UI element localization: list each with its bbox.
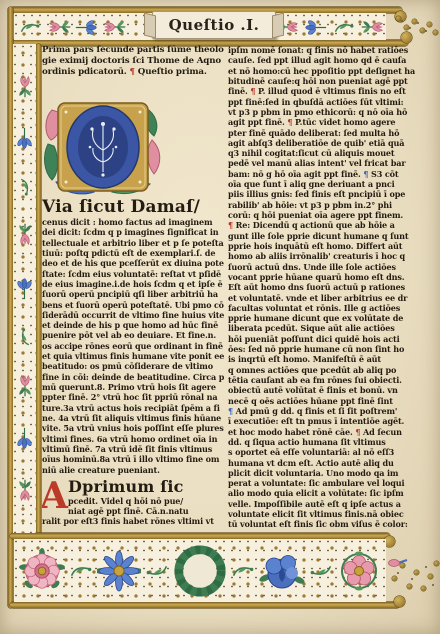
- text-line: tū voluntat eſt finis ſic obm viſus ē co…: [228, 519, 415, 529]
- pink-tulip-icon: [102, 18, 126, 36]
- text-line: cauſe. ſed ppt illud agit homo qd ē cauſ…: [228, 55, 415, 65]
- text-line: vltimū finē. 7a vtrū idē ſit finis vltim…: [42, 444, 224, 454]
- ad-primum-large-line: Dprimum ſic: [42, 478, 224, 496]
- text-line: plicit dicit voluntaria. Uno modo qa im: [228, 468, 415, 478]
- text-line: pcedit. Videl q hōi nō pue/: [42, 496, 224, 506]
- text-line: hōi pueniāt poſſunt dici quidē hois acti: [228, 334, 415, 344]
- text-line: ſiderādū occurrit de vltimo fine huius v…: [42, 310, 222, 320]
- green-sprig-icon: [334, 20, 354, 35]
- text-line: dd. q ſiqua actio humana ſit vltimus: [228, 437, 415, 447]
- text-line: liberata pcedūt. Sique aūt alie actiōes: [228, 323, 415, 333]
- text-line: tētia cauſant ab ea fm rōnes ſui obiecti…: [228, 375, 415, 385]
- incipit-rubric: Prima pars ſecunde partis ſūme theologie…: [42, 45, 224, 78]
- red-pilcrow-icon: ¶: [130, 67, 135, 77]
- bottom-band-lower-bar: [10, 602, 400, 608]
- text-line: obiectū autē volūtat ē finis et bonū. vn: [228, 385, 415, 395]
- text-line: gie eximij doctoris ſci Thome de Aqno: [42, 56, 224, 67]
- left-body-text: cenus dicit : homo factus ad imaginemdei…: [42, 217, 224, 475]
- text-line: bam: nō g hō oīa agit ppt finē. ¶ S3 cōt: [228, 169, 415, 179]
- pink-tulip-icon: [361, 18, 385, 36]
- text-line: rabilib' ab hōie: vt p3 p pbm in.2° phi: [228, 200, 415, 210]
- text-line: bitudinē cauſe:q hōi non pueniat agē ppt: [228, 76, 415, 86]
- pink-tulip-icon: [16, 223, 34, 247]
- banner-text: Queſtio .I.: [169, 16, 260, 34]
- blue-peony-icon: [259, 548, 305, 594]
- green-sprig-icon: [18, 328, 32, 346]
- text-line: s oportet eā eſſe voluntariā: al nō eſſ3: [228, 447, 415, 457]
- left-band-inner-bar: [36, 44, 41, 534]
- ad-primum-indent-lines: pcedit. Videl q hōi nō pue/niat agē ppt …: [42, 496, 224, 517]
- blue-trefoil-icon: [75, 19, 98, 36]
- text-line: finē. ¶ P. illud quod ē vltimus finis no…: [228, 86, 415, 96]
- right-column: ipſm nomē ſonat: q finis nō habet ratiōe…: [228, 45, 415, 531]
- text-line: oīa que ſunt ī aliq gne deriuant a pnci: [228, 179, 415, 189]
- rose-flower-icon: [19, 548, 65, 594]
- blue-pilcrow-icon: ¶: [228, 406, 233, 416]
- text-line: tellectuale et arbitrio liber et p ſe po…: [42, 238, 224, 248]
- text-line: humana vt dcm eſt. Actio autē aliq du: [228, 458, 415, 468]
- text-line: Eſt aūt homo dns ſuorū actuū p rationes: [228, 282, 415, 292]
- text-line: deo et de his que pceſſerūt ex diuina po…: [42, 258, 223, 268]
- manuscript-page: Queſtio .I.: [0, 0, 440, 634]
- text-line: ōes: ſed nō pprie humane cū non ſint ho: [228, 344, 415, 354]
- pink-tulip-icon: [16, 373, 34, 397]
- text-line: pedē vel manū alias intent' vel fricat b…: [228, 158, 415, 168]
- green-sprig-icon: [20, 20, 40, 35]
- top-band-lower-bar-end: [401, 32, 412, 43]
- green-sprig-icon: [232, 563, 254, 579]
- text-line: os accipe rōnes eorū que ordinant in fin…: [42, 341, 224, 351]
- text-line: mū querunt.8. Primo vtrū hois ſit agere: [42, 382, 224, 392]
- text-line: corū: q hōi pueniat oīa agere ppt finem.: [228, 210, 415, 220]
- blue-trefoil-icon: [16, 127, 33, 150]
- text-line: oīus hominū.8a vtrū ī illo vltimo fine o…: [42, 454, 224, 464]
- text-line: facultas voluntat et rōnis. Ille g actiō…: [228, 303, 415, 313]
- blue-trefoil-icon: [16, 277, 33, 300]
- red-initial-A: A: [42, 478, 68, 516]
- header-banner: Queſtio .I.: [152, 11, 276, 39]
- text-line: Prima pars ſecunde partis ſūme theolo: [42, 45, 223, 56]
- pink-tulip-icon: [16, 479, 34, 503]
- text-line: de eius imagine.i.de hois ſcdm q et ipſe…: [42, 279, 224, 289]
- pink-tulip-icon: [16, 74, 34, 98]
- top-border-band: Queſtio .I.: [14, 13, 386, 40]
- text-line: vite. 5a vtrū vnius hois poſſint eſſe pl…: [42, 423, 224, 433]
- text-line: et nō homo:cū hec ppoſitio ppt deſignet …: [228, 66, 414, 76]
- text-line: q omnes actiōes que pcedūt ab aliq po: [228, 365, 415, 375]
- top-band-right-ornaments: [279, 15, 382, 39]
- text-line: necē q oēs actiōes hūane ppt finē ſint: [228, 396, 415, 406]
- green-sprig-icon: [310, 563, 332, 579]
- text-line: vt p3 p pbm in pmo ethicorū: q nō oīa hō: [228, 107, 415, 117]
- text-line: et deinde de his p que homo ad hūc finē: [42, 320, 224, 330]
- red-pilcrow-icon: ¶: [228, 220, 233, 230]
- blue-daisy-icon: [97, 549, 141, 593]
- text-line: vltimi fines. 6a vtrū homo ordinet oīa i…: [42, 434, 224, 444]
- ad-primum-section: A Dprimum ſic pcedit. Videl q hōi nō pue…: [42, 478, 224, 527]
- text-line: beatitudo: os pmū cōſiderare de vltimo: [42, 361, 224, 371]
- text-line: velle. Impoſſibile autē eſt q ipſe actus…: [228, 499, 415, 509]
- text-line: niū alie creature pueniant.: [42, 465, 224, 475]
- text-line: ture.3a vtrū actus hois recipiāt ſpēm a …: [42, 403, 224, 413]
- text-line: et voluntatē. vnde et liber arbitrius ee…: [228, 293, 415, 303]
- top-band-left-ornaments: [20, 15, 123, 39]
- text-line: et quia vltimus finis humane vite ponit …: [42, 351, 223, 361]
- red-pilcrow-icon: ¶: [355, 427, 360, 437]
- blue-trefoil-icon: [16, 427, 33, 450]
- text-line: vocant pprie hūane quarū homo eſt dns.: [228, 272, 415, 282]
- text-line: fine in cōi: deinde de beatitudine. Circ…: [42, 372, 224, 382]
- text-line: niat agē ppt finē. Cā.n.natu: [42, 506, 224, 516]
- illuminated-initial-Q-icon: [42, 100, 164, 196]
- text-line: pprie hois inquātū eſt homo. Differt aūt: [228, 241, 415, 251]
- text-line: tiuū: poſtq pdictū eſt de exemplari.ſ. d…: [42, 248, 224, 258]
- text-line: cenus dicit : homo factus ad imaginem: [42, 217, 224, 227]
- text-line: homo ab aliis irrōnalib' creaturis ī hoc…: [228, 251, 415, 261]
- text-line: ſtate: ſcdm eius voluntatē: reſtat vt pſ…: [42, 269, 224, 279]
- pink-tulip-icon: [47, 18, 71, 36]
- pink-bud-icon: [388, 556, 408, 570]
- bottom-border-band: [14, 539, 386, 602]
- text-line: ſuorū operū pncipiū qſi liber arbitriū h…: [42, 289, 224, 299]
- text-line: ppt finē:ſed in qbuſdā actiōes ſūt vltim…: [228, 97, 415, 107]
- text-line: bens et ſuorū operū poteſtatē. Ubi pmo c…: [42, 300, 221, 310]
- pink-vine-flower-icon: [337, 549, 381, 593]
- text-line: ¶ Ad pmū g dd. q finis et ſi ſit poſtrem…: [228, 406, 415, 416]
- text-line: pprie humane dicunt que ex volūtate de: [228, 313, 415, 323]
- green-sprig-icon: [146, 563, 168, 579]
- red-pilcrow-icon: ¶: [287, 117, 292, 127]
- green-sprig-icon: [18, 178, 32, 196]
- text-line: ipſm nomē ſonat: q finis nō habet ratiōe…: [228, 45, 415, 55]
- text-line: q3 nihil cogitat:ſicut cū aliquis mouet: [228, 148, 415, 158]
- red-pilcrow-icon: ¶: [250, 86, 255, 96]
- text-line: ſuorū actuū dns. Unde ille ſole actiōes: [228, 262, 415, 272]
- text-line: dei dicit: ſcdm q p imagines ſignificat …: [42, 227, 224, 237]
- text-line: ne. 4a vtrū ſit aliquis vltimus finis hū…: [42, 413, 224, 423]
- text-line: alio modo quia elicit a volūtate: ſic ip…: [228, 488, 415, 498]
- text-line: is inqrtū eſt homo. Manifeſtū ē aūt: [228, 354, 415, 364]
- text-line: piis illius gnis: ſed finis eſt pncipiū …: [228, 189, 415, 199]
- left-column: Prima pars ſecunde partis ſūme theologie…: [42, 45, 224, 527]
- text-line: ordinis pdicatorū. ¶ Queſtio prima.: [42, 67, 224, 78]
- text-line: ī executiōe: eſt tn pmus ī intentiōe agē…: [228, 416, 415, 426]
- blue-pilcrow-icon: ¶: [363, 169, 368, 179]
- laurel-wreath-icon: [173, 544, 227, 598]
- text-line: agit abſq3 deliberatiōe de quib' etiā qu…: [228, 138, 415, 148]
- left-border-band: [13, 44, 36, 533]
- large-incipit-line: Via ſicut Damaſ/: [42, 197, 224, 217]
- text-line: ¶ Re: Dicendū q actionū que ab hōie a: [228, 220, 415, 230]
- text-line: voluntate elicit ſit vltimus finis.nā ob…: [228, 509, 415, 519]
- text-line: agit ppt finē. ¶ P.tūc videt homo agere: [228, 117, 415, 127]
- text-line: gunt ille ſole pprie dicunt humane q ſun…: [228, 231, 415, 241]
- blue-trefoil-icon: [304, 19, 327, 36]
- text-line: pter finē quādo deliberat: ſed multa hō: [228, 128, 415, 138]
- text-line: et hoc modo habet rōnē cāe. ¶ Ad ſecun: [228, 427, 415, 437]
- ad-primum-full-line: ralit por eſt3 finis habet rōnes vltimi …: [42, 516, 224, 526]
- text-line: perat a voluntate: ſic ambulare vel loqu…: [228, 478, 415, 488]
- text-line: puenire pōt vel ab eo deuiare. Et fine.n…: [42, 330, 224, 340]
- illuminated-initial-block: [42, 100, 224, 196]
- green-sprig-icon: [70, 563, 92, 579]
- bottom-band-lower-bar-end: [394, 596, 405, 607]
- text-line: ppter finē. 2° vtrū hoc ſit ppriū rōnal …: [42, 392, 224, 402]
